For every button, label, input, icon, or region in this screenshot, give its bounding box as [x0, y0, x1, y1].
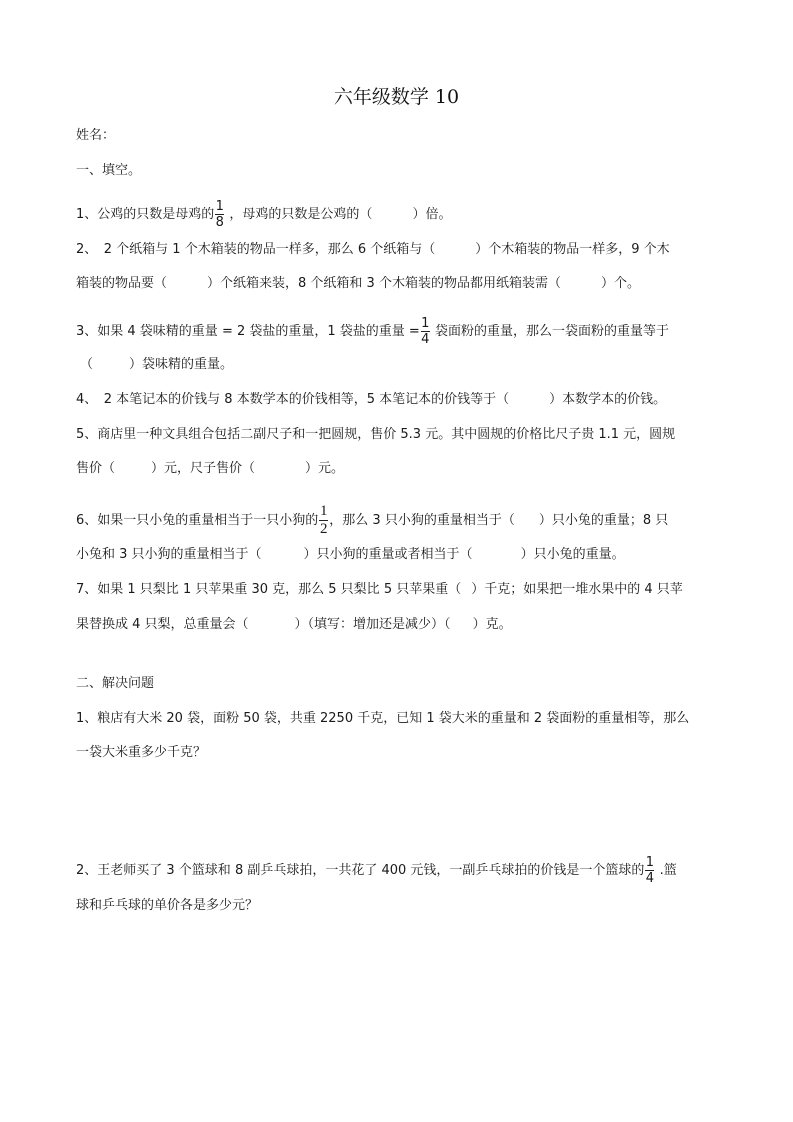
- q6-text: ，那么 3 只小狗的重量相当于（: [329, 513, 515, 528]
- q3-text: 袋面粉的重量，那么一袋面粉的重量等于: [435, 324, 669, 339]
- q3-text: ）袋味精的重量。: [129, 357, 233, 372]
- q7-text: ）千克；如果把一堆水果中的 4 只苹: [471, 582, 683, 597]
- q6-text: 6、如果一只小兔的重量相当于一只小狗的: [76, 513, 318, 528]
- problem-2-line-1: 2、王老师买了 3 个篮球和 8 副乒乓球拍，一共花了 400 元钱，一副乒乓球…: [76, 856, 677, 885]
- fraction-1-4: 14: [645, 856, 654, 885]
- question-7-line-1: 7、如果 1 只梨比 1 只苹果重 30 克，那么 5 只梨比 5 只苹果重（）…: [76, 582, 683, 598]
- name-label: 姓名：: [76, 128, 115, 144]
- question-3-line-1: 3、如果 4 袋味精的重量 = 2 袋盐的重量，1 袋盐的重量 =14 袋面粉的…: [76, 317, 669, 346]
- question-1: 1、公鸡的只数是母鸡的18 ，母鸡的只数是公鸡的（）倍。: [76, 200, 451, 229]
- q7-text: 果替换成 4 只梨，总重量会（: [76, 617, 249, 632]
- q3-text: 3、如果 4 袋味精的重量 = 2 袋盐的重量，1 袋盐的重量 =: [76, 324, 420, 339]
- q5-text: ）元，尺子售价（: [151, 461, 255, 476]
- q2-text: ）个。: [601, 276, 640, 291]
- p2-text: .篮: [660, 863, 677, 878]
- question-6-line-2: 小兔和 3 只小狗的重量相当于（）只小狗的重量或者相当于（）只小兔的重量。: [76, 547, 625, 563]
- question-4: 4、 2 本笔记本的价钱与 8 本数学本的价钱相等，5 本笔记本的价钱等于（）本…: [76, 392, 666, 408]
- q7-text: ）克。: [473, 617, 512, 632]
- question-2-line-1: 2、 2 个纸箱与 1 个木箱装的物品一样多，那么 6 个纸箱与（）个木箱装的物…: [76, 242, 670, 258]
- question-5-line-2: 售价（）元，尺子售价（）元。: [76, 461, 344, 477]
- q7-text: ）（填写：增加还是减少）（: [295, 617, 451, 632]
- question-3-line-2: （）袋味精的重量。: [80, 357, 233, 373]
- problem-2-line-2: 球和乒乓球的单价各是多少元？: [76, 898, 258, 914]
- q6-text: ）只小兔的重量；8 只: [539, 513, 668, 528]
- q2-text: ）个纸箱来装，8 个纸箱和 3 个木箱装的物品都用纸箱装需（: [207, 276, 561, 291]
- q2-text: 2、 2 个纸箱与 1 个木箱装的物品一样多，那么 6 个纸箱与（: [76, 242, 435, 257]
- problem-1-line-2: 一袋大米重多少千克？: [76, 745, 206, 761]
- q3-text: （: [80, 357, 93, 372]
- q4-text: 4、 2 本笔记本的价钱与 8 本数学本的价钱相等，5 本笔记本的价钱等于（: [76, 392, 509, 407]
- section-1-heading: 一、填空。: [76, 163, 141, 179]
- page-title: 六年级数学 10: [0, 82, 793, 109]
- q6-text: 小兔和 3 只小狗的重量相当于（: [76, 547, 262, 562]
- section-2-heading: 二、解决问题: [76, 676, 154, 692]
- q5-text: 售价（: [76, 461, 115, 476]
- question-7-line-2: 果替换成 4 只梨，总重量会（）（填写：增加还是减少）（）克。: [76, 617, 512, 633]
- fraction-1-4: 14: [421, 317, 430, 346]
- q4-text: ）本数学本的价钱。: [549, 392, 666, 407]
- question-6-line-1: 6、如果一只小兔的重量相当于一只小狗的12，那么 3 只小狗的重量相当于（）只小…: [76, 504, 668, 537]
- q7-text: 7、如果 1 只梨比 1 只苹果重 30 克，那么 5 只梨比 5 只苹果重（: [76, 582, 461, 597]
- q2-text: ）个木箱装的物品一样多，9 个木: [475, 242, 669, 257]
- q1-text-b: ，母鸡的只数是公鸡的（: [229, 207, 372, 222]
- q1-text-a: 1、公鸡的只数是母鸡的: [76, 207, 214, 222]
- q5-text: ）元。: [305, 461, 344, 476]
- fraction-1-8: 18: [215, 200, 224, 229]
- fraction-1-2: 12: [319, 504, 328, 537]
- question-2-line-2: 箱装的物品要（）个纸箱来装，8 个纸箱和 3 个木箱装的物品都用纸箱装需（）个。: [76, 276, 640, 292]
- q2-text: 箱装的物品要（: [76, 276, 167, 291]
- q6-text: ）只小兔的重量。: [521, 547, 625, 562]
- p2-text: 2、王老师买了 3 个篮球和 8 副乒乓球拍，一共花了 400 元钱，一副乒乓球…: [76, 863, 644, 878]
- problem-1-line-1: 1、粮店有大米 20 袋，面粉 50 袋，共重 2250 千克，已知 1 袋大米…: [76, 711, 689, 727]
- q6-text: ）只小狗的重量或者相当于（: [304, 547, 473, 562]
- q1-text-c: ）倍。: [412, 207, 451, 222]
- question-5-line-1: 5、商店里一种文具组合包括二副尺子和一把圆规，售价 5.3 元。其中圆规的价格比…: [76, 427, 675, 443]
